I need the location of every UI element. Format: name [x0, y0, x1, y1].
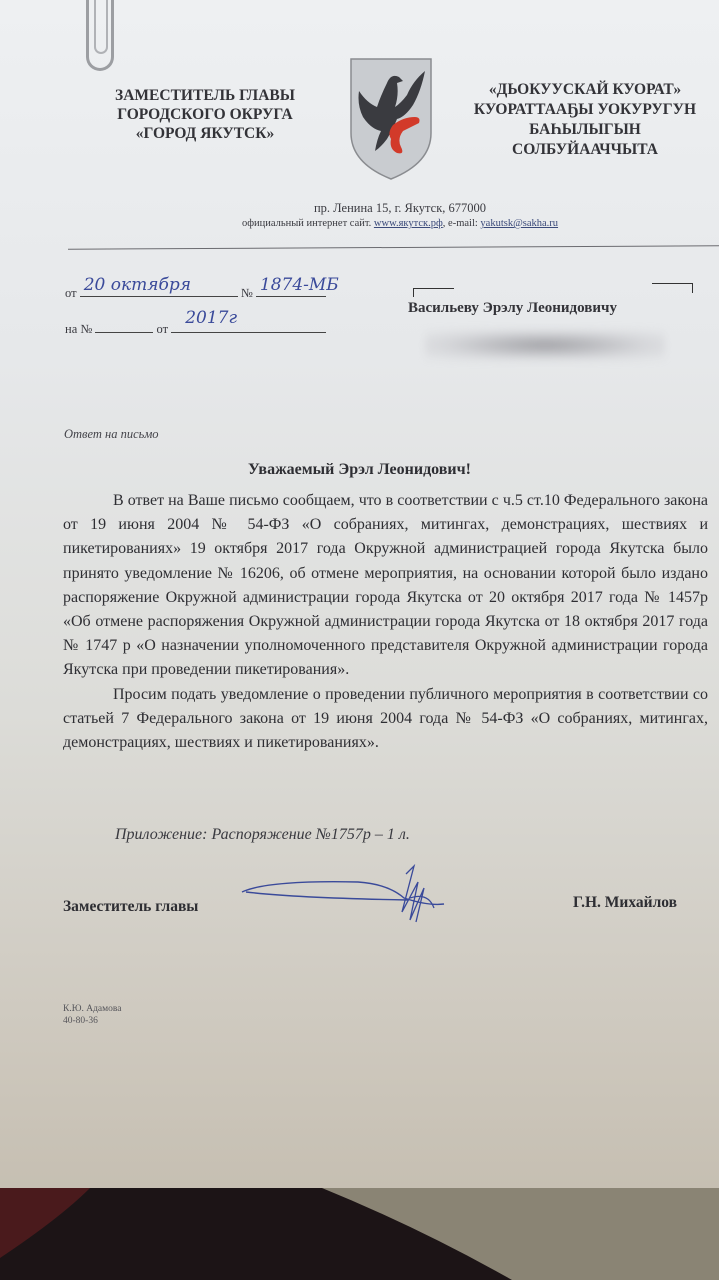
- signer-title: Заместитель главы: [63, 898, 198, 916]
- number-label: №: [241, 286, 253, 300]
- header-left-line: ГОРОДСКОГО ОКРУГА: [100, 105, 310, 124]
- addressee-name: Васильеву Эрэлу Леонидовичу: [408, 300, 617, 317]
- handwritten-year: 2017г: [185, 308, 237, 328]
- attachment-note: Приложение: Распоряжение №1757р – 1 л.: [115, 826, 410, 844]
- registration-block: от 20 октября № 1874-МБ на № от 2017г: [65, 282, 326, 337]
- letter-body: В ответ на Ваше письмо сообщаем, что в с…: [63, 489, 708, 755]
- site-link[interactable]: www.якутск.рф: [374, 218, 443, 229]
- date-field: 20 октября: [80, 282, 238, 297]
- handwritten-number: 1874-МБ: [260, 275, 339, 295]
- email-link[interactable]: yakutsk@sakha.ru: [480, 218, 558, 229]
- body-paragraph: В ответ на Ваше письмо сообщаем, что в с…: [63, 489, 708, 683]
- salutation: Уважаемый Эрэл Леонидович!: [0, 461, 719, 479]
- ref-number-field: [95, 318, 153, 333]
- header-left-line: «ГОРОД ЯКУТСК»: [100, 124, 310, 143]
- ref-date-label: от: [157, 322, 169, 336]
- body-paragraph: Просим подать уведомление о проведении п…: [63, 683, 708, 756]
- header-right-title: «ДЬОКУУСКАЙ КУОРАТ» КУОРАТТААҔЫ УОКУРУГУ…: [465, 80, 705, 160]
- yakutsk-coat-of-arms-icon: [347, 55, 435, 181]
- ref-number-label: на №: [65, 322, 92, 336]
- header-right-line: СОЛБУЙААЧЧЫТА: [465, 140, 705, 160]
- paperclip-inner-icon: [94, 0, 108, 54]
- subject-line: Ответ на письмо: [64, 427, 159, 442]
- header-left-title: ЗАМЕСТИТЕЛЬ ГЛАВЫ ГОРОДСКОГО ОКРУГА «ГОР…: [100, 86, 310, 143]
- executor-name: К.Ю. Адамова: [63, 1003, 121, 1015]
- handwritten-signature-icon: [238, 862, 468, 932]
- postal-address: пр. Ленина 15, г. Якутск, 677000: [180, 200, 620, 216]
- desk-surface: [0, 1188, 719, 1280]
- addressee-bracket-left: [413, 288, 454, 297]
- handwritten-date: 20 октября: [84, 275, 191, 295]
- site-label: официальный интернет сайт.: [242, 218, 374, 229]
- ref-date-field: 2017г: [171, 318, 326, 333]
- executor-phone: 40-80-36: [63, 1015, 121, 1027]
- addressee-bracket-right: [652, 283, 693, 293]
- sender-address: пр. Ленина 15, г. Якутск, 677000 официал…: [180, 200, 620, 232]
- dark-object-icon: [0, 1188, 719, 1280]
- letter-paper: ЗАМЕСТИТЕЛЬ ГЛАВЫ ГОРОДСКОГО ОКРУГА «ГОР…: [0, 0, 719, 1188]
- date-label: от: [65, 286, 77, 300]
- header-right-line: БАҺЫЛЫГЫН: [465, 120, 705, 140]
- signer-name: Г.Н. Михайлов: [573, 894, 677, 912]
- number-field: 1874-МБ: [256, 282, 326, 297]
- header-divider: [68, 245, 719, 249]
- header-right-line: КУОРАТТААҔЫ УОКУРУГУН: [465, 100, 705, 120]
- email-label: , e-mail:: [443, 218, 481, 229]
- contacts-line: официальный интернет сайт. www.якутск.рф…: [180, 216, 620, 232]
- redacted-address: [425, 330, 665, 360]
- executor-block: К.Ю. Адамова 40-80-36: [63, 1003, 121, 1027]
- header-left-line: ЗАМЕСТИТЕЛЬ ГЛАВЫ: [100, 86, 310, 105]
- header-right-line: «ДЬОКУУСКАЙ КУОРАТ»: [465, 80, 705, 100]
